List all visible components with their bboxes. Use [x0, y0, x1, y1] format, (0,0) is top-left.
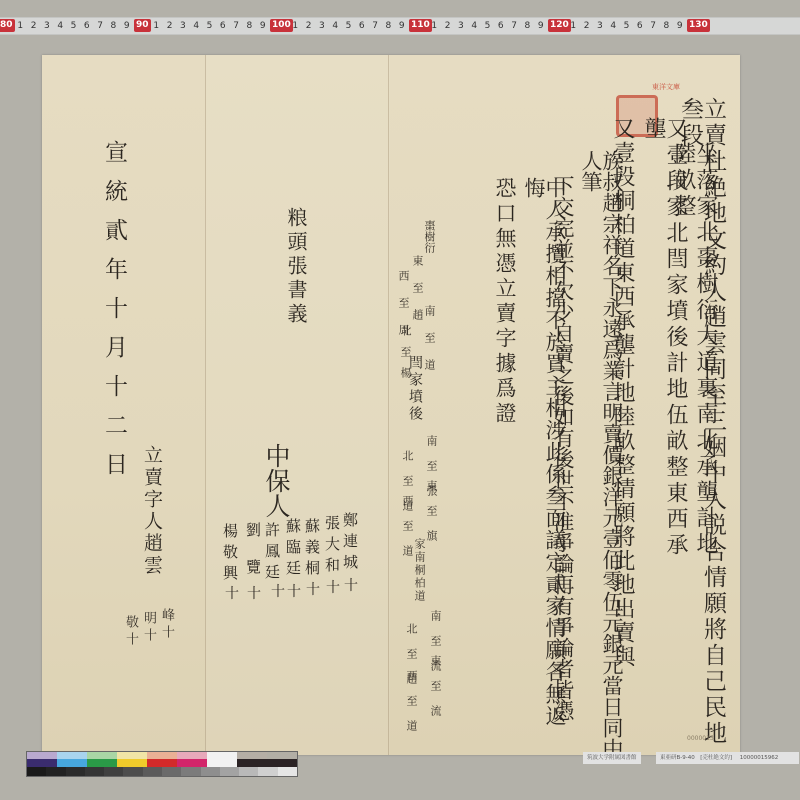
guarantor-label: 中保人 — [264, 443, 289, 518]
ruler-tick-label: 6 — [217, 20, 229, 32]
gray-step — [220, 767, 239, 776]
color-swatch — [237, 752, 267, 759]
plot2-label: 閆家墳後 — [408, 355, 422, 423]
ruler-tick-label: 3 — [177, 20, 189, 32]
ruler-tick-label: 6 — [356, 20, 368, 32]
gray-step — [278, 767, 297, 776]
color-swatch — [87, 759, 117, 767]
ruler-tick-label: 1 — [150, 20, 162, 32]
ruler-tick-label: 5 — [68, 20, 80, 32]
ruler-major-label: 90 — [134, 19, 151, 32]
gray-step — [143, 767, 162, 776]
text-column-7: 中人承攬相擋不於買主相涉此係叁面議定貳家情願各無返悔 — [523, 177, 565, 737]
guarantor-mark: 十 — [306, 579, 320, 599]
guarantor-mark: 十 — [247, 583, 261, 603]
guarantor-mark: 十 — [326, 577, 340, 597]
gray-step — [27, 767, 46, 776]
ruler-tick-label: 9 — [396, 20, 408, 32]
item-number: 10000015962 — [740, 755, 779, 761]
catalog-label: 東亜研B-9-40 [売杜絶文約] 10000015962 — [656, 752, 799, 764]
plot3-label: 家南桐柏道 — [414, 538, 425, 603]
ruler-tick-label: 3 — [455, 20, 467, 32]
ruler-tick-label: 9 — [257, 20, 269, 32]
ruler-tick-label: 9 — [674, 20, 686, 32]
archive-number: 0000013 — [687, 735, 714, 742]
gray-step — [123, 767, 142, 776]
ruler-tick-label: 6 — [495, 20, 507, 32]
plot3-east: 東至流 — [430, 655, 441, 730]
plot3-west: 西至道 — [406, 670, 417, 745]
guarantor-mark: 十 — [271, 581, 285, 601]
gray-step — [46, 767, 65, 776]
ruler-tick-label: 1 — [289, 20, 301, 32]
color-swatch — [87, 752, 117, 759]
color-swatch — [57, 759, 87, 767]
ruler-tick-label: 2 — [442, 20, 454, 32]
ruler-tick-label: 4 — [329, 20, 341, 32]
ruler-major-label: 130 — [687, 19, 710, 32]
color-swatch — [267, 752, 297, 759]
guarantor-5: 許鳳廷 — [264, 522, 279, 585]
gray-step — [66, 767, 85, 776]
plot2-west: 西至道 — [402, 495, 413, 570]
gray-step — [258, 767, 277, 776]
measuring-ruler: 8012345678990123456789100123456789110123… — [0, 17, 800, 35]
seller-side-mark-1: 峰十 — [160, 608, 173, 642]
ruler-tick-label: 3 — [316, 20, 328, 32]
ruler-tick-label: 2 — [303, 20, 315, 32]
ruler-tick-label: 3 — [41, 20, 53, 32]
gray-step — [162, 767, 181, 776]
guarantor-mark: 十 — [344, 575, 358, 595]
plot2-east: 東至旗 — [426, 480, 437, 555]
guarantor-mark: 十 — [287, 581, 301, 601]
guarantor-7: 楊敬興 — [222, 523, 237, 586]
ruler-tick-label: 4 — [54, 20, 66, 32]
color-swatch — [177, 759, 207, 767]
ruler-tick-label: 6 — [634, 20, 646, 32]
seller-signature: 立賣字人趙雲 — [142, 445, 161, 577]
ruler-tick-label: 1 — [428, 20, 440, 32]
ruler-tick-label: 5 — [343, 20, 355, 32]
ruler-tick-label: 1 — [567, 20, 579, 32]
color-swatch — [57, 752, 87, 759]
ruler-tick-label: 2 — [164, 20, 176, 32]
gray-step — [85, 767, 104, 776]
gray-step — [239, 767, 258, 776]
color-swatch — [147, 759, 177, 767]
color-swatch — [207, 759, 237, 767]
ruler-tick-label: 2 — [581, 20, 593, 32]
paper-panel — [205, 55, 390, 755]
color-swatch — [267, 759, 297, 767]
library-label: 筑波大学附属図書館 — [583, 752, 641, 764]
color-swatch — [177, 752, 207, 759]
color-calibration-chart — [26, 751, 298, 777]
ruler-tick-label: 7 — [508, 20, 520, 32]
plot1-south: 南至道 — [424, 305, 435, 386]
guarantor-1: 鄭連城 — [342, 512, 357, 575]
guarantor-mark: 十 — [225, 583, 239, 603]
ruler-tick-label: 7 — [369, 20, 381, 32]
color-swatch — [237, 759, 267, 767]
text-column-3: 又壹段家北閆家墳後計地伍畝整東西承壟 — [642, 117, 686, 577]
collection-seal-small: 東洋文庫 — [652, 82, 680, 92]
ruler-tick-label: 4 — [468, 20, 480, 32]
ruler-tick-label: 5 — [482, 20, 494, 32]
ruler-tick-label: 8 — [243, 20, 255, 32]
plot1-east: 東至趙 — [412, 255, 423, 336]
paper-fold — [388, 55, 389, 755]
ruler-tick-label: 8 — [660, 20, 672, 32]
gray-step — [104, 767, 123, 776]
ruler-tick-label: 7 — [94, 20, 106, 32]
color-swatch — [207, 752, 237, 759]
contract-document: 東洋文庫 立賣杜絶地文約人趙雲同至三姻中人説合情願將自己民地叁段 坐落家北棗樹衍… — [42, 55, 740, 755]
plot1-label: 棗樹衍 — [424, 220, 435, 253]
ruler-major-label: 80 — [0, 19, 15, 32]
color-swatch — [117, 752, 147, 759]
guarantor-2: 張大和 — [324, 515, 339, 578]
ruler-tick-label: 8 — [107, 20, 119, 32]
catalog-id: 東亜研B-9-40 [売杜絶文約] — [660, 755, 732, 761]
gray-step — [201, 767, 220, 776]
seller-side-mark-3: 敬十 — [124, 615, 137, 649]
scribe-name: 粮頭張書義 — [286, 207, 306, 327]
ruler-tick-label: 5 — [204, 20, 216, 32]
ruler-tick-label: 8 — [521, 20, 533, 32]
ruler-tick-label: 4 — [607, 20, 619, 32]
ruler-tick-label: 4 — [190, 20, 202, 32]
ruler-tick-label: 2 — [28, 20, 40, 32]
color-swatch — [117, 759, 147, 767]
gray-step — [181, 767, 200, 776]
text-column-5: 族叔趙宗祥名下永遠爲業言明賣價銀洋元壹佰零伍元銀元當日同中人筆 — [580, 150, 622, 770]
color-swatch — [27, 752, 57, 759]
seller-side-mark-2: 明十 — [142, 611, 155, 645]
text-column-8: 恐口無憑立賣字據爲證 — [494, 177, 515, 477]
ruler-tick-label: 7 — [230, 20, 242, 32]
ruler-tick-label: 9 — [535, 20, 547, 32]
ruler-tick-label: 5 — [621, 20, 633, 32]
ruler-tick-label: 9 — [121, 20, 133, 32]
contract-date: 宣統貳年十月十二日 — [102, 140, 125, 491]
guarantor-4: 蘇臨廷 — [285, 518, 300, 581]
color-swatch — [27, 759, 57, 767]
color-swatch — [147, 752, 177, 759]
guarantor-3: 蘇義桐 — [304, 518, 319, 581]
paper-fold — [205, 55, 206, 755]
ruler-tick-label: 3 — [594, 20, 606, 32]
ruler-tick-label: 6 — [81, 20, 93, 32]
ruler-tick-label: 8 — [382, 20, 394, 32]
ruler-tick-label: 7 — [647, 20, 659, 32]
ruler-tick-label: 1 — [14, 20, 26, 32]
